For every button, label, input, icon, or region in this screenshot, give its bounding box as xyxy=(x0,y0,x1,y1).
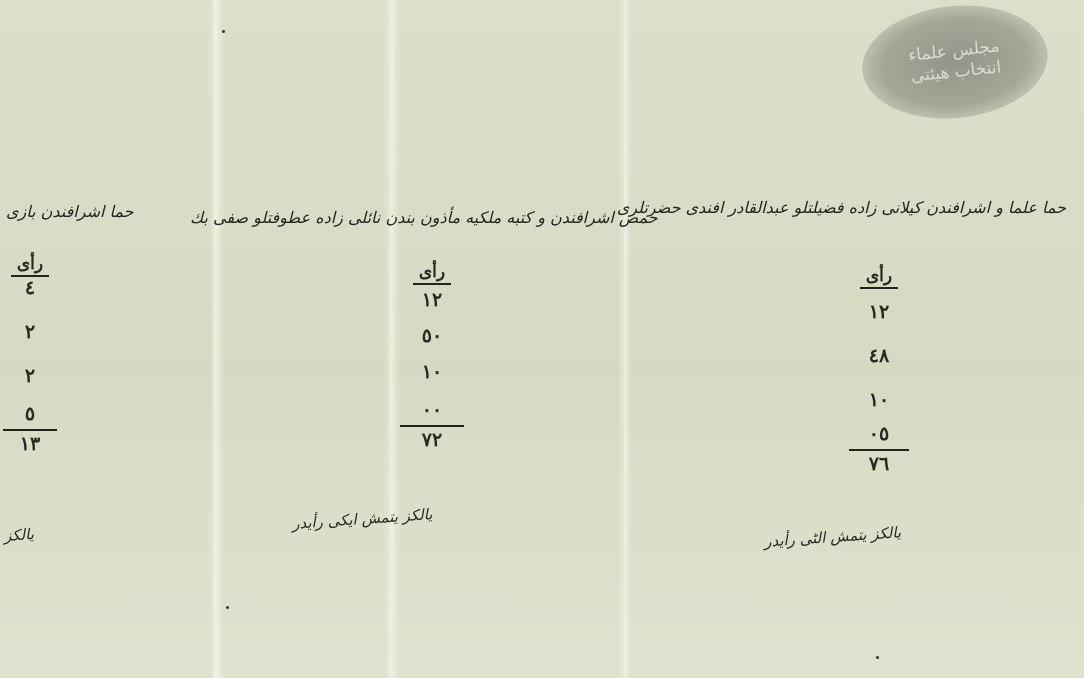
sum-line xyxy=(3,429,57,431)
total-in-words-middle: یالکز یتمش ایکی رأیدر xyxy=(292,505,433,533)
ink-speck xyxy=(226,606,229,609)
vote-total: ٧٢ xyxy=(392,429,472,451)
vote-entry: ١٠ xyxy=(392,361,472,383)
candidate-heading-left: حما اشرافندن بازی xyxy=(6,202,134,221)
vote-entry: ٠٠ xyxy=(392,399,472,421)
total-in-words-left: یالکز xyxy=(3,525,34,545)
ink-speck xyxy=(876,656,879,659)
paper-fold-line xyxy=(214,0,217,678)
vote-entry: ١٢ xyxy=(838,301,920,323)
vote-entry: ٤٨ xyxy=(838,345,920,367)
vote-column-middle: رأی ١٢ ٥٠ ١٠ ٠٠ ٧٢ xyxy=(392,262,472,451)
vote-label: رأی xyxy=(860,266,898,289)
vote-column-left: رأی ٤ ٢ ٢ ٥ ١٣ xyxy=(2,254,58,455)
vote-entry: ١٠ xyxy=(838,389,920,411)
ink-speck xyxy=(222,30,225,33)
vote-entry: ٢ xyxy=(2,321,58,343)
vote-entry: ١٢ xyxy=(392,289,472,311)
seal-stamp: مجلس علماء انتخاب هیئتی xyxy=(857,0,1054,127)
vote-entry: ٥ xyxy=(2,403,58,425)
paper-fold-line xyxy=(624,0,627,678)
vote-entry: ٠٥ xyxy=(838,423,920,445)
vote-entry: ٢ xyxy=(2,365,58,387)
vote-total: ١٣ xyxy=(2,433,58,455)
candidate-heading-right: حما علما و اشرافندن كیلانی زاده فضیلتلو … xyxy=(617,198,1066,217)
total-in-words-right: یالکز یتمش الٹی رأیدر xyxy=(764,523,902,551)
vote-label: رأی xyxy=(11,254,49,277)
vote-entry: ٥٠ xyxy=(392,325,472,347)
vote-entry: ٤ xyxy=(2,277,58,299)
vote-label: رأی xyxy=(413,262,451,285)
vote-total: ٧٦ xyxy=(838,453,920,475)
sum-line xyxy=(400,425,464,427)
sum-line xyxy=(849,449,909,451)
candidate-heading-middle: حمص اشرافندن و کتبه ملکیه مأذون بندن نائ… xyxy=(190,208,658,227)
vote-column-right: رأی ١٢ ٤٨ ١٠ ٠٥ ٧٦ xyxy=(838,266,920,475)
